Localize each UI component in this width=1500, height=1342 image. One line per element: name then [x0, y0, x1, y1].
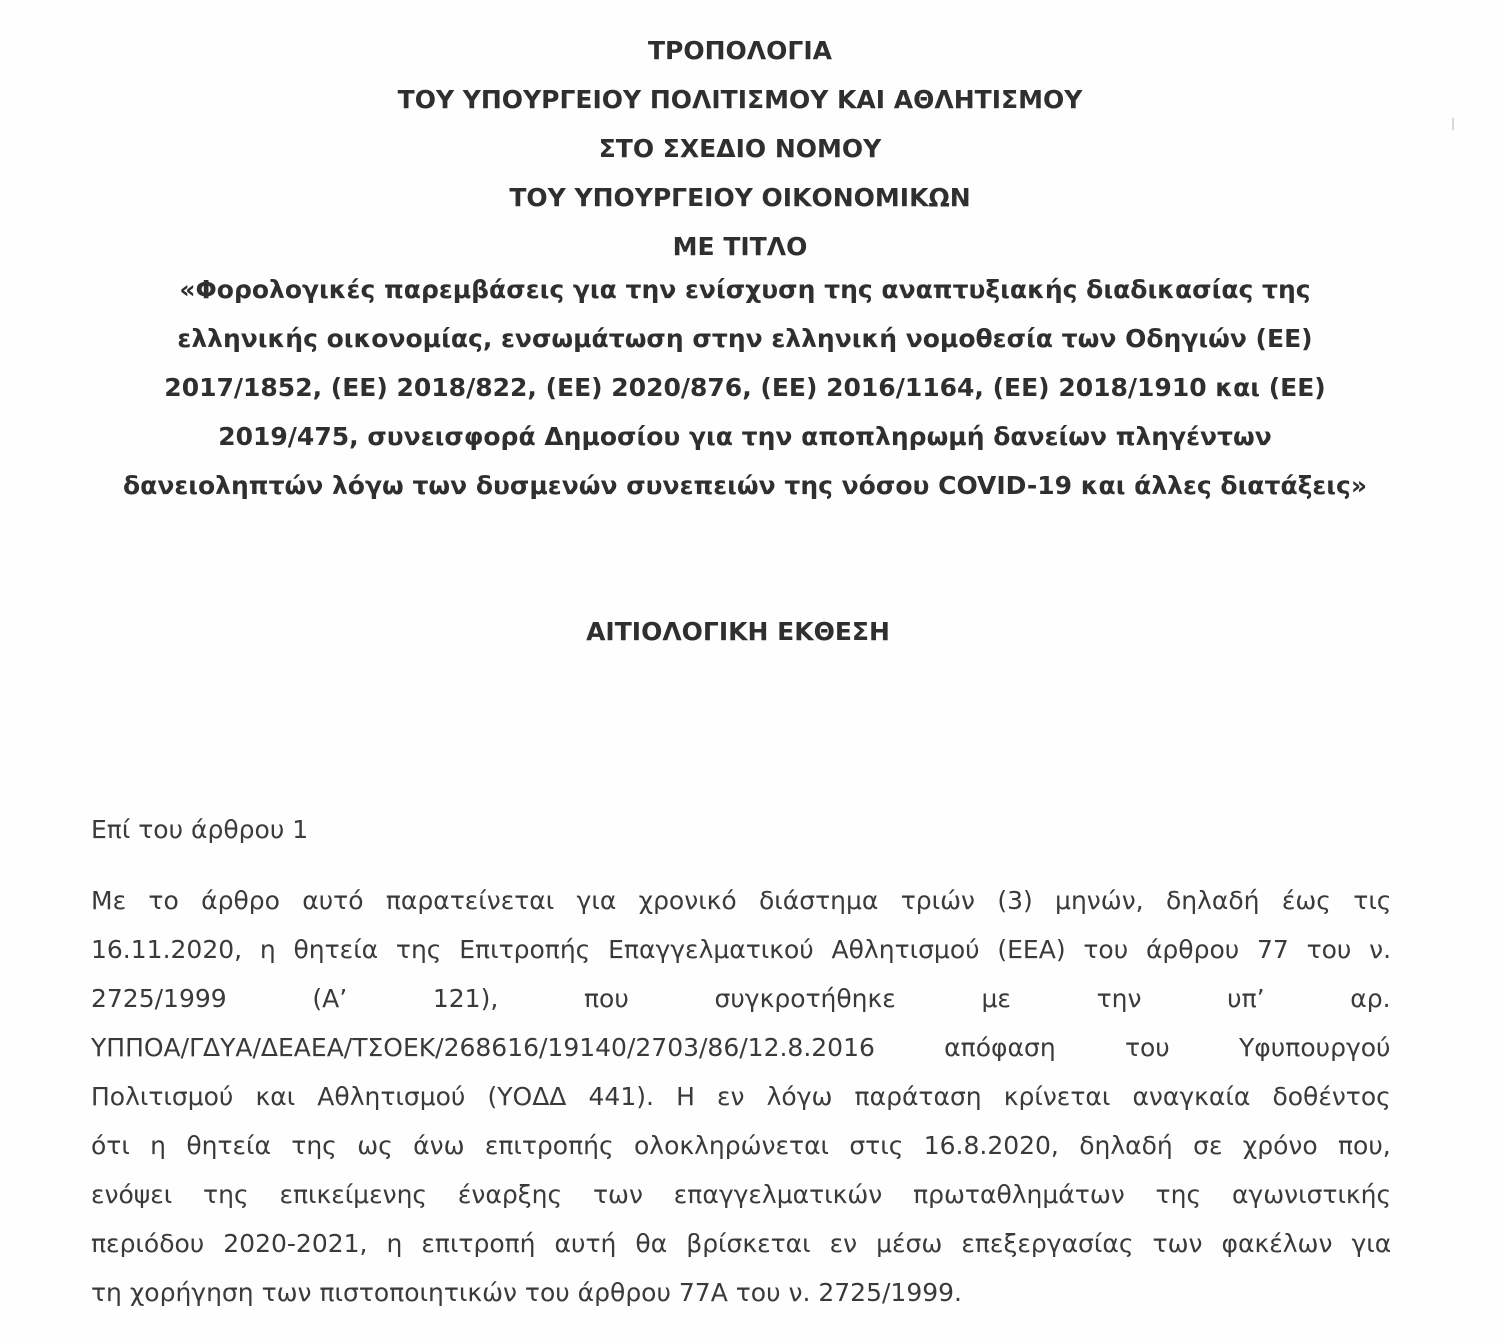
body-paragraph: Με το άρθρο αυτό παρατείνεται για χρονικ… — [91, 876, 1391, 1317]
body-line: 2725/1999 (Α’ 121), που συγκροτήθηκε με … — [91, 974, 1391, 1023]
header-line: ΤΟΥ ΥΠΟΥΡΓΕΙΟΥ ΠΟΛΙΤΙΣΜΟΥ ΚΑΙ ΑΘΛΗΤΙΣΜΟΥ — [0, 75, 1480, 124]
body-line: 16.11.2020, η θητεία της Επιτροπής Επαγγ… — [91, 925, 1391, 974]
header-line: ΤΡΟΠΟΛΟΓΙΑ — [0, 26, 1480, 75]
header-line: ΜΕ ΤΙΤΛΟ — [0, 222, 1480, 271]
body-line: περιόδου 2020-2021, η επιτροπή αυτή θα β… — [91, 1219, 1391, 1268]
section-heading: ΑΙΤΙΟΛΟΓΙΚΗ ΕΚΘΕΣΗ — [0, 612, 1476, 652]
body-line: ΥΠΠΟΑ/ΓΔΥΑ/ΔΕΑΕΑ/ΤΣΟΕΚ/268616/19140/2703… — [91, 1023, 1391, 1072]
body-line: τη χορήγηση των πιστοποιητικών του άρθρο… — [91, 1268, 1391, 1317]
body-line: Πολιτισμού και Αθλητισμού (ΥΟΔΔ 441). Η … — [91, 1072, 1391, 1121]
title-line: ελληνικής οικονομίας, ενσωμάτωση στην ελ… — [80, 314, 1410, 363]
body-line: ενόψει της επικείμενης έναρξης των επαγγ… — [91, 1170, 1391, 1219]
document-page: ΤΡΟΠΟΛΟΓΙΑ ΤΟΥ ΥΠΟΥΡΓΕΙΟΥ ΠΟΛΙΤΙΣΜΟΥ ΚΑΙ… — [0, 0, 1500, 1342]
header-line: ΤΟΥ ΥΠΟΥΡΓΕΙΟΥ ΟΙΚΟΝΟΜΙΚΩΝ — [0, 173, 1480, 222]
amendment-header: ΤΡΟΠΟΛΟΓΙΑ ΤΟΥ ΥΠΟΥΡΓΕΙΟΥ ΠΟΛΙΤΙΣΜΟΥ ΚΑΙ… — [0, 26, 1480, 271]
body-line: ότι η θητεία της ως άνω επιτροπής ολοκλη… — [91, 1121, 1391, 1170]
title-line: 2017/1852, (ΕΕ) 2018/822, (ΕΕ) 2020/876,… — [80, 363, 1410, 412]
title-line: δανειοληπτών λόγω των δυσμενών συνεπειών… — [80, 461, 1410, 510]
article-heading: Επί του άρθρου 1 — [91, 810, 308, 850]
body-line: Με το άρθρο αυτό παρατείνεται για χρονικ… — [91, 876, 1391, 925]
header-line: ΣΤΟ ΣΧΕΔΙΟ ΝΟΜΟΥ — [0, 124, 1480, 173]
title-line: «Φορολογικές παρεμβάσεις για την ενίσχυσ… — [80, 265, 1410, 314]
title-line: 2019/475, συνεισφορά Δημοσίου για την απ… — [80, 412, 1410, 461]
bill-title: «Φορολογικές παρεμβάσεις για την ενίσχυσ… — [80, 265, 1410, 510]
